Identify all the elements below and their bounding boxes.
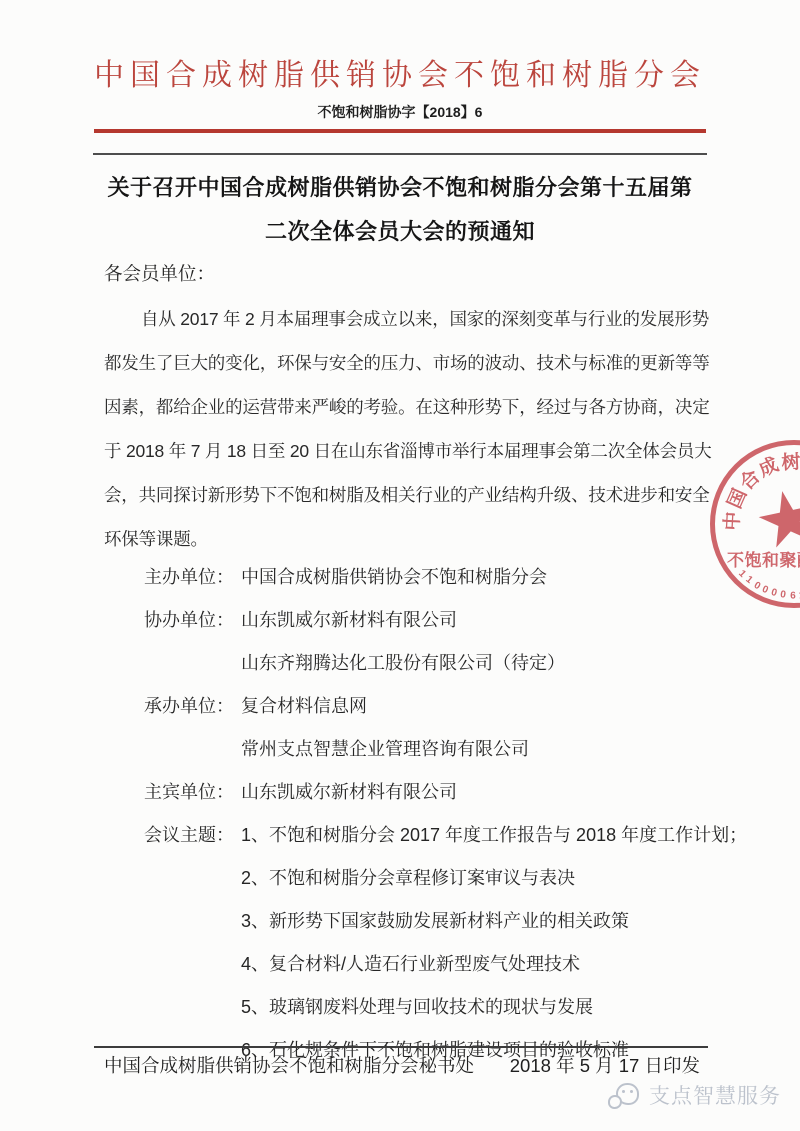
info-row: 4、复合材料/人造石行业新型废气处理技术: [104, 943, 800, 986]
info-row: 2、不饱和树脂分会章程修订案审议与表决: [104, 857, 800, 900]
info-row: 主宾单位：山东凯威尔新材料有限公司: [104, 771, 800, 814]
seal-banner-text: 不饱和聚酯: [727, 546, 800, 571]
info-row-label: 主办单位：: [144, 556, 241, 599]
document-page: 中国合成树脂供销协会不饱和树脂分会 不饱和树脂协字【2018】6 关于召开中国合…: [0, 0, 800, 1131]
watermark: 支点智慧服务: [608, 1080, 781, 1110]
salutation: 各会员单位：: [104, 257, 800, 291]
info-row-label: 会议主题：: [144, 814, 241, 857]
info-row-text: 山东凯威尔新材料有限公司: [241, 610, 457, 630]
info-row: 主办单位：中国合成树脂供销协会不饱和树脂分会: [104, 556, 800, 599]
info-row-text: 山东齐翔腾达化工股份有限公司（待定）: [241, 653, 565, 673]
info-row: 承办单位：复合材料信息网: [104, 685, 800, 728]
footer-print-date: 2018 年 5 月 17 日印发: [510, 1052, 700, 1078]
body-line: 环保等课题。: [104, 517, 800, 561]
footer-divider: [94, 1046, 708, 1048]
info-row-text: 中国合成树脂供销协会不饱和树脂分会: [241, 567, 547, 587]
letterhead-red-rule: [94, 129, 706, 133]
body-paragraph: 自从 2017 年 2 月本届理事会成立以来，国家的深刻变革与行业的发展形势 都…: [104, 297, 800, 561]
body-line: 自从 2017 年 2 月本届理事会成立以来，国家的深刻变革与行业的发展形势: [104, 297, 800, 341]
info-row-label: 主宾单位：: [144, 771, 241, 814]
doc-number: 不饱和树脂协字【2018】6: [0, 102, 800, 122]
info-row-text: 1、不饱和树脂分会 2017 年度工作报告与 2018 年度工作计划；: [241, 825, 747, 845]
info-row-label: 协办单位：: [144, 599, 241, 642]
info-section: 主办单位：中国合成树脂供销协会不饱和树脂分会 协办单位：山东凯威尔新材料有限公司…: [104, 556, 800, 1072]
official-seal: ★ 中国合成树脂 不饱和聚酯 11000062: [706, 436, 800, 612]
body-line: 会，共同探讨新形势下不饱和树脂及相关行业的产业结构升级、技术进步和安全: [104, 473, 800, 517]
body-line: 都发生了巨大的变化，环保与安全的压力、市场的波动、技术与标准的更新等等: [104, 341, 800, 385]
info-row: 协办单位：山东凯威尔新材料有限公司: [104, 599, 800, 642]
info-row-label: 承办单位：: [144, 685, 241, 728]
info-row: 会议主题：1、不饱和树脂分会 2017 年度工作报告与 2018 年度工作计划；: [104, 814, 800, 857]
letterhead-divider-rule: [93, 153, 707, 155]
seal-ring-char: 树: [780, 447, 800, 475]
info-row-text: 复合材料信息网: [241, 696, 367, 716]
info-row-text: 山东凯威尔新材料有限公司: [241, 782, 457, 802]
info-row: 山东齐翔腾达化工股份有限公司（待定）: [104, 642, 800, 685]
info-row-text: 3、新形势下国家鼓励发展新材料产业的相关政策: [241, 911, 629, 931]
info-row: 3、新形势下国家鼓励发展新材料产业的相关政策: [104, 900, 800, 943]
info-row-text: 常州支点智慧企业管理咨询有限公司: [241, 739, 529, 759]
letterhead-org-name: 中国合成树脂供销协会不饱和树脂分会: [46, 50, 754, 94]
body-line: 因素，都给企业的运营带来严峻的考验。在这种形势下，经过与各方协商，决定: [104, 385, 800, 429]
notice-title-line2: 二次全体会员大会的预通知: [56, 210, 744, 254]
footer: 中国合成树脂供销协会不饱和树脂分会秘书处 2018 年 5 月 17 日印发: [104, 1052, 700, 1078]
info-row-text: 2、不饱和树脂分会章程修订案审议与表决: [241, 868, 575, 888]
seal-ring-char: 中: [717, 510, 745, 530]
info-row-text: 5、玻璃钢废料处理与回收技术的现状与发展: [241, 997, 593, 1017]
notice-title: 关于召开中国合成树脂供销协会不饱和树脂分会第十五届第 二次全体会员大会的预通知: [56, 166, 744, 254]
notice-title-line1: 关于召开中国合成树脂供销协会不饱和树脂分会第十五届第: [56, 166, 744, 210]
chat-bubbles-logo-icon: [608, 1082, 642, 1109]
info-row-text: 4、复合材料/人造石行业新型废气处理技术: [241, 954, 580, 974]
footer-secretariat: 中国合成树脂供销协会不饱和树脂分会秘书处: [104, 1052, 474, 1078]
seal-serial-digit: 6: [790, 590, 796, 601]
body-line: 于 2018 年 7 月 18 日至 20 日在山东省淄博市举行本届理事会第二次…: [104, 429, 800, 473]
info-row: 5、玻璃钢废料处理与回收技术的现状与发展: [104, 986, 800, 1029]
info-row: 常州支点智慧企业管理咨询有限公司: [104, 728, 800, 771]
watermark-text: 支点智慧服务: [649, 1080, 781, 1110]
